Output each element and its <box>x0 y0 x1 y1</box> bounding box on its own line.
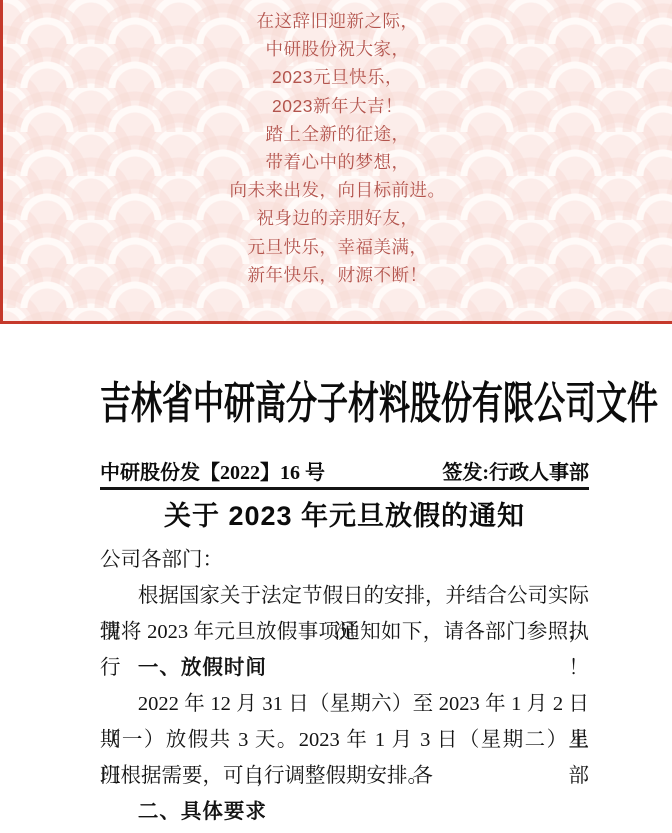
document-number-row: 中研股份发【2022】16 号 签发:行政人事部 <box>100 461 589 485</box>
greeting-line: 元旦快乐，幸福美满， <box>3 233 672 261</box>
company-letterhead-title: 吉林省中研高分子材料股份有限公司文件 <box>100 381 589 426</box>
body-line: 现将 2023 年元旦放假事项通知如下，请各部门参照执行！ <box>100 614 589 650</box>
divider-line <box>100 487 589 490</box>
official-document: 吉林省中研高分子材料股份有限公司文件 中研股份发【2022】16 号 签发:行政… <box>100 381 589 830</box>
greeting-line: 向未来出发，向目标前进。 <box>3 176 672 204</box>
greeting-line: 中研股份祝大家， <box>3 35 672 63</box>
notice-title: 关于 2023 年元旦放假的通知 <box>100 499 589 533</box>
greeting-line: 2023新年大吉！ <box>3 92 672 120</box>
body-line: 期一）放假共 3 天。2023 年 1 月 3 日（星期二）上班，各部 <box>100 722 589 758</box>
page: 在这辞旧迎新之际， 中研股份祝大家， 2023元旦快乐， 2023新年大吉！ 踏… <box>0 0 672 833</box>
greeting-card: 在这辞旧迎新之际， 中研股份祝大家， 2023元旦快乐， 2023新年大吉！ 踏… <box>0 0 672 324</box>
document-number: 中研股份发【2022】16 号 <box>100 461 325 485</box>
body-line: 根据国家关于法定节假日的安排，并结合公司实际情况， <box>100 578 589 614</box>
greeting-line: 在这辞旧迎新之际， <box>3 7 672 35</box>
greeting-line: 带着心中的梦想， <box>3 148 672 176</box>
section-heading: 二、具体要求 <box>100 794 589 830</box>
greeting-line: 祝身边的亲朋好友， <box>3 204 672 232</box>
body-line: 2022 年 12 月 31 日（星期六）至 2023 年 1 月 2 日（星 <box>100 686 589 722</box>
issuer-label: 签发:行政人事部 <box>442 461 589 485</box>
greeting-line: 踏上全新的征途， <box>3 120 672 148</box>
notice-body: 公司各部门： 根据国家关于法定节假日的安排，并结合公司实际情况， 现将 2023… <box>100 542 589 830</box>
salutation-line: 公司各部门： <box>100 542 589 578</box>
greeting-line: 2023元旦快乐， <box>3 63 672 91</box>
greeting-line: 新年快乐，财源不断！ <box>3 261 672 289</box>
